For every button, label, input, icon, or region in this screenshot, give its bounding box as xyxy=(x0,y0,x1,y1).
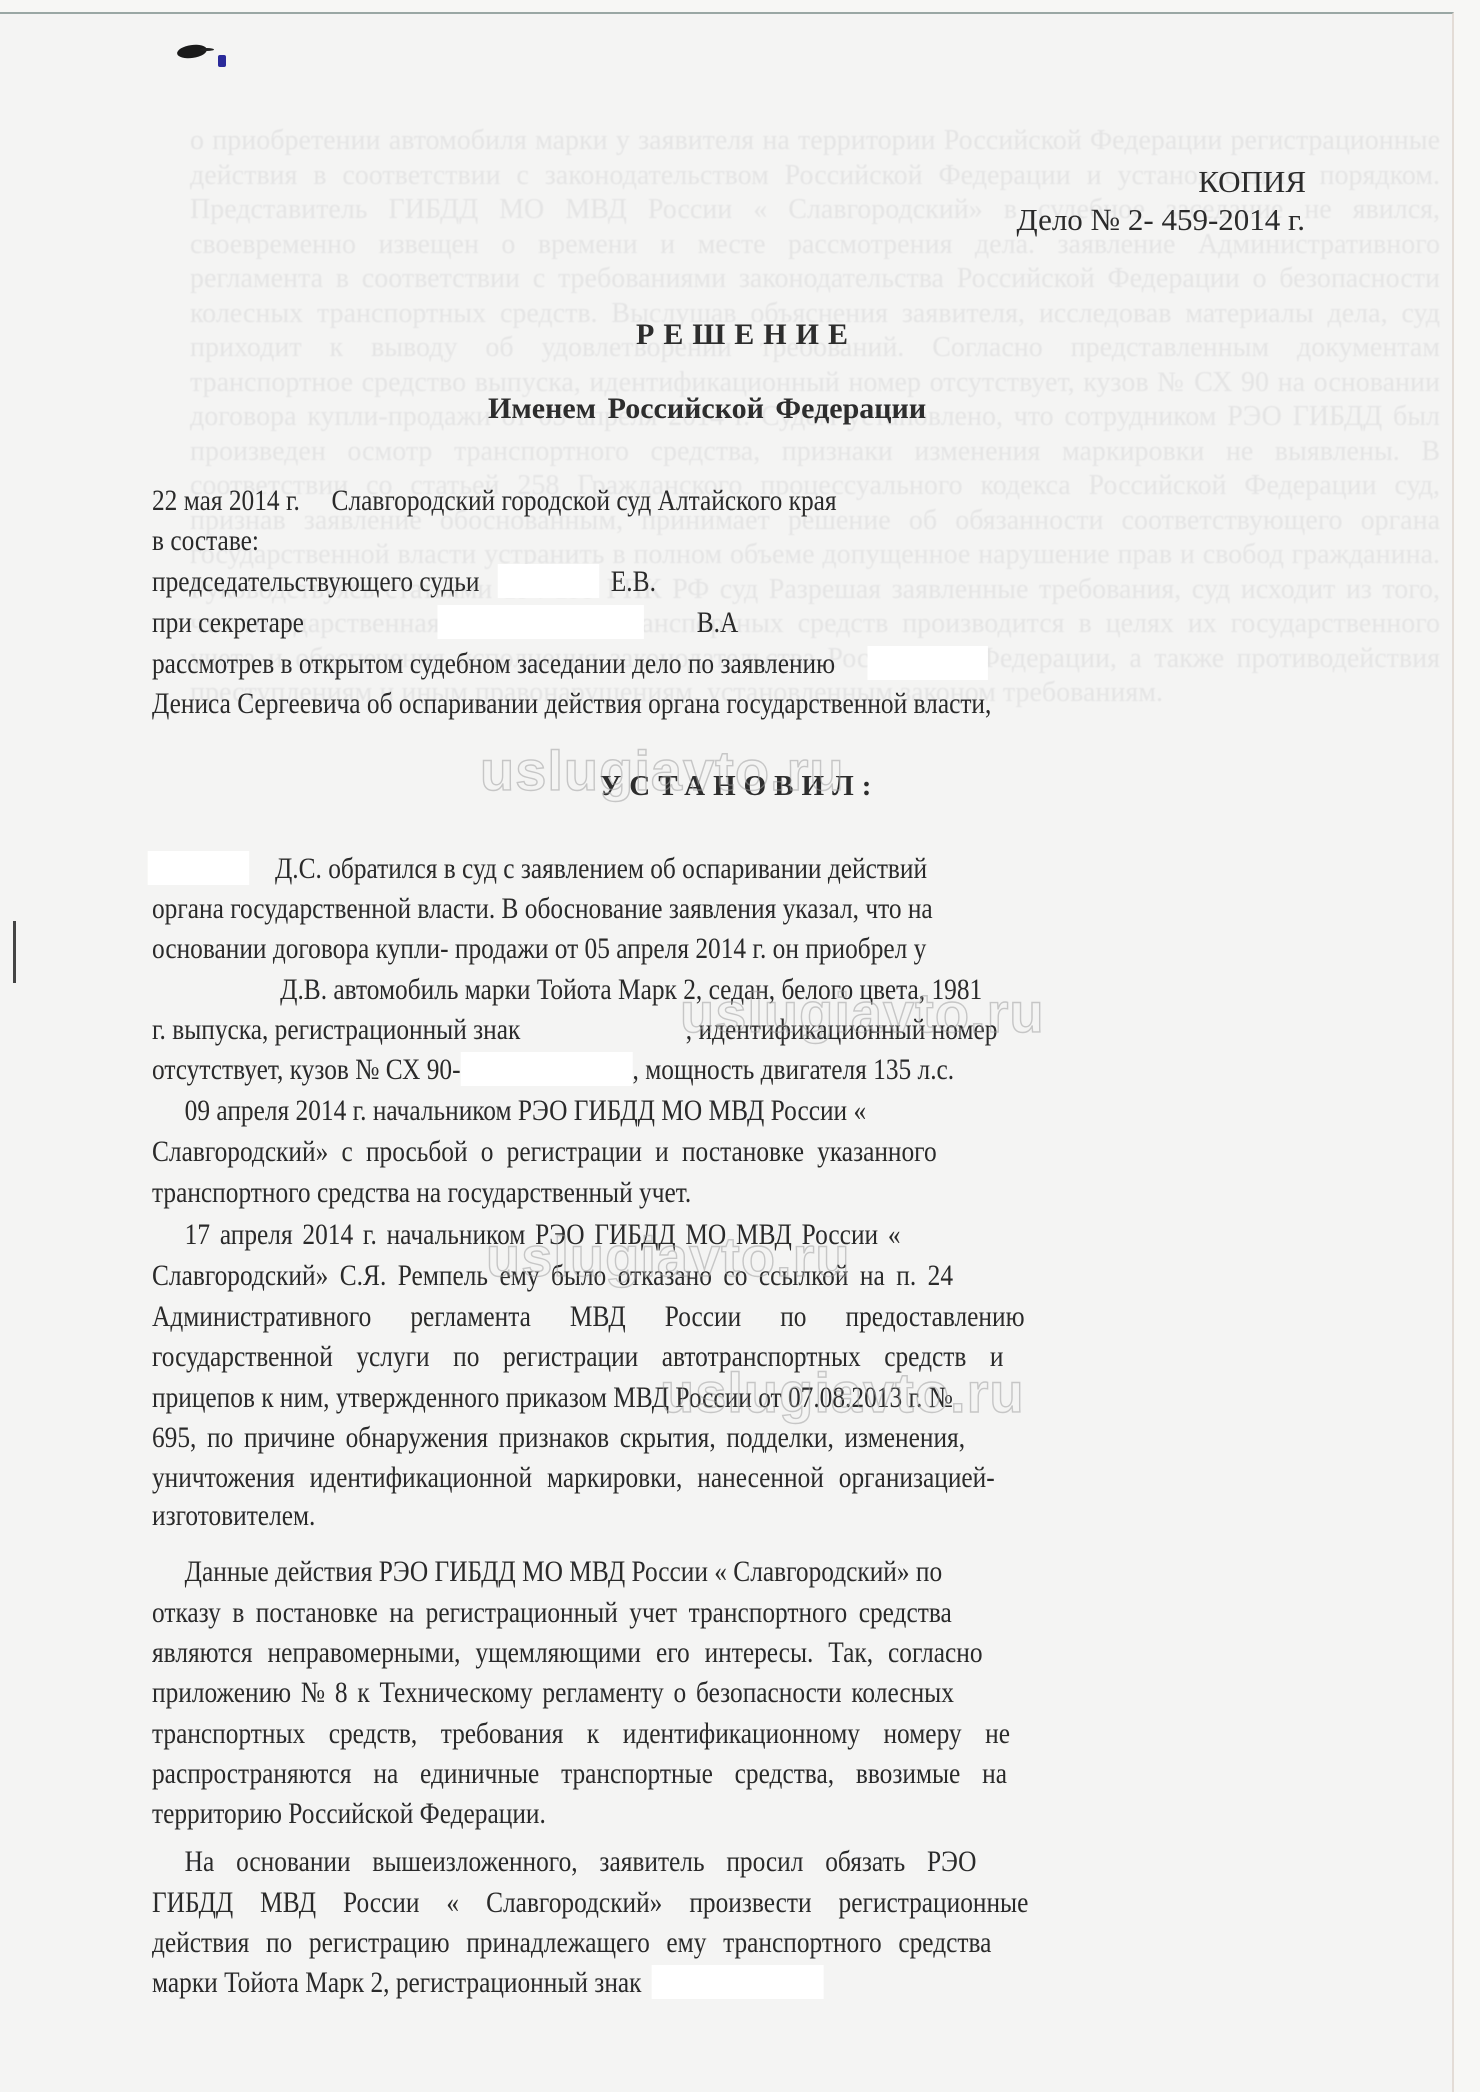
section-heading: УСТАНОВИЛ: xyxy=(600,770,879,803)
paragraph-2-line-3: транспортного средства на государственны… xyxy=(152,1175,1139,1211)
paragraph-5-line-3: действия по регистрацию принадлежащего е… xyxy=(152,1925,1139,1961)
paragraph-4-line-3: являются неправомерными, ущемляющими его… xyxy=(152,1635,1139,1671)
paragraph-4-line-2: отказу в постановке на регистрационный у… xyxy=(152,1595,1139,1631)
margin-mark xyxy=(13,921,16,983)
secretary-initials: В.А xyxy=(697,607,739,639)
redacted-judge-surname xyxy=(498,564,599,598)
paragraph-1-line-3: основании договора купли- продажи от 05 … xyxy=(152,931,1139,967)
paragraph-2-line-2: Славгородский» с просьбой о регистрации … xyxy=(152,1134,1139,1170)
paragraph-5-line-2: ГИБДД МВД России « Славгородский» произв… xyxy=(152,1885,1139,1921)
intro-line-1: рассмотрев в открытом судебном заседании… xyxy=(152,646,1139,682)
paragraph-5-line-1: На основании вышеизложенного, заявитель … xyxy=(152,1844,1172,1880)
judge-line: председательствующего судьи Е.В. xyxy=(152,564,1139,600)
ink-blot-mark xyxy=(218,55,226,67)
paragraph-3-line-3: Административного регламента МВД России … xyxy=(152,1299,1139,1335)
redacted-registration-plate xyxy=(527,1012,686,1046)
redacted-applicant-surname xyxy=(867,646,987,680)
paragraph-4-line-1: Данные действия РЭО ГИБДД МО МВД России … xyxy=(152,1554,1172,1590)
paragraph-4-line-5: транспортных средств, требования к идент… xyxy=(152,1716,1139,1752)
case-number: Дело № 2- 459-2014 г. xyxy=(1017,202,1305,238)
ink-blot-mark xyxy=(200,48,214,51)
paragraph-3-line-6: 695, по причине обнаружения признаков ск… xyxy=(152,1420,1139,1456)
composition-label: в составе: xyxy=(152,523,1139,559)
paragraph-1-line-4: Д.В. автомобиль марки Тойота Марк 2, сед… xyxy=(152,972,1139,1008)
copy-stamp: КОПИЯ xyxy=(1198,164,1306,200)
redacted-seller-surname xyxy=(148,972,277,1006)
ink-blot-mark xyxy=(176,43,208,60)
redacted-registration-plate xyxy=(652,1965,824,1999)
paragraph-3-line-7: уничтожения идентификационной маркировки… xyxy=(152,1460,1139,1496)
document-title: РЕШЕНИЕ xyxy=(636,318,857,352)
scanned-page: о приобретении автомобиля марки у заявит… xyxy=(0,12,1454,2092)
secretary-label: при секретаре xyxy=(152,607,304,639)
decision-date: 22 мая 2014 г. xyxy=(152,485,300,517)
redacted-secretary-surname xyxy=(438,605,644,639)
paragraph-3-line-8: изготовителем. xyxy=(152,1498,1139,1534)
paragraph-1-line-2: органа государственной власти. В обоснов… xyxy=(152,891,1139,927)
secretary-line: при секретаре В.А xyxy=(152,605,1139,641)
paragraph-4-line-6: распространяются на единичные транспортн… xyxy=(152,1756,1139,1792)
paragraph-2-line-1: 09 апреля 2014 г. начальником РЭО ГИБДД … xyxy=(152,1093,1172,1129)
paragraph-1-line-5: г. выпуска, регистрационный знак , идент… xyxy=(152,1012,1139,1048)
paragraph-4-line-7: территорию Российской Федерации. xyxy=(152,1796,1139,1832)
judge-initials: Е.В. xyxy=(611,566,656,598)
court-line: 22 мая 2014 г. Славгородский городской с… xyxy=(152,483,1139,519)
paragraph-3-line-4: государственной услуги по регистрации ав… xyxy=(152,1339,1139,1375)
redacted-body-number xyxy=(461,1052,633,1086)
paragraph-1-line-1: Д.С. обратился в суд с заявлением об осп… xyxy=(152,851,1139,887)
judge-label: председательствующего судьи xyxy=(152,566,479,598)
paragraph-3-line-2: Славгородский» С.Я. Ремпель ему было отк… xyxy=(152,1258,1139,1294)
paragraph-4-line-4: приложению № 8 к Техническому регламенту… xyxy=(152,1675,1139,1711)
redacted-applicant-surname xyxy=(148,851,249,885)
intro-line-2: Дениса Сергеевича об оспаривании действи… xyxy=(152,686,1139,722)
document-subtitle: Именем Российской Федерации xyxy=(488,392,926,426)
paragraph-3-line-1: 17 апреля 2014 г. начальником РЭО ГИБДД … xyxy=(152,1217,1172,1253)
paragraph-5-line-4: марки Тойота Марк 2, регистрационный зна… xyxy=(152,1965,1139,2001)
court-name: Славгородский городской суд Алтайского к… xyxy=(332,485,837,517)
paragraph-3-line-5: прицепов к ним, утвержденного приказом М… xyxy=(152,1380,1139,1416)
paragraph-1-line-6: отсутствует, кузов № СХ 90-, мощность дв… xyxy=(152,1052,1139,1088)
